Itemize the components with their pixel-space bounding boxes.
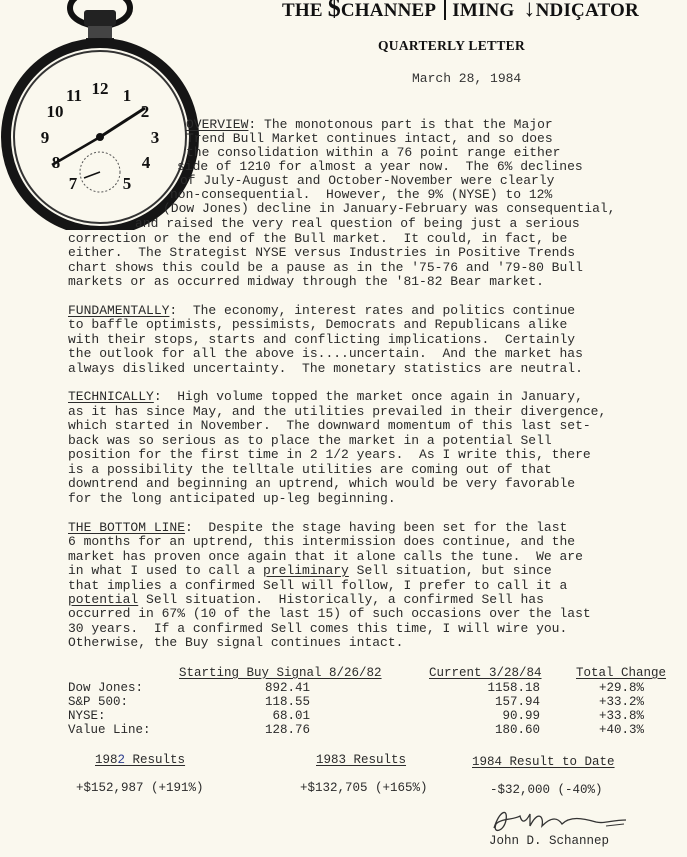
row-start: 128.76 [230,723,310,737]
fundamentally-heading: FUNDAMENTALLY [68,303,169,318]
masthead-word-indicator: NDIÇATOR [536,0,639,21]
row-name: Dow Jones: [68,681,143,695]
row-change: +33.8% [580,709,644,723]
overview-line: (Dow Jones) decline in January-February … [163,202,615,217]
technically-line: downtrend and beginning an uptrend, whic… [68,477,575,492]
emphasis-potential: potential [68,592,138,607]
svg-text:10: 10 [47,102,64,121]
bottom-line-heading: THE BOTTOM LINE [68,520,185,535]
signature-icon [486,806,636,836]
row-current: 157.94 [460,695,540,709]
masthead-word-schannep: CHANNEP [341,0,436,21]
letter-date: March 28, 1984 [412,71,521,86]
t-bar-glyph [444,0,446,20]
row-start: 118.55 [230,695,310,709]
results-1983-label: 1983 Results [316,753,406,767]
row-start: 68.01 [230,709,310,723]
svg-text:4: 4 [142,153,151,172]
row-change: +33.2% [580,695,644,709]
row-name: NYSE: [68,709,106,723]
masthead-prefix: THE [282,0,328,21]
results-1984-value: -$32,000 (-40%) [490,783,603,797]
svg-text:7: 7 [69,174,78,193]
masthead: THE $CHANNEPIMING ↓NDIÇATOR [282,0,639,23]
row-name: S&P 500: [68,695,128,709]
results-1983-value: +$132,705 (+165%) [300,781,428,795]
technically-line: TECHNICALLY: High volume topped the mark… [68,390,583,405]
row-change: +40.3% [580,723,644,737]
dollar-s-glyph: $ [328,0,341,22]
fundamentally-line: always disliked uncertainty. The monetar… [68,362,583,377]
row-start: 892.41 [230,681,310,695]
technically-line: which started in November. The downward … [68,419,591,434]
fundamentally-line: to baffle optimists, pessimists, Democra… [68,318,567,333]
svg-text:9: 9 [41,128,50,147]
fundamentally-line: the outlook for all the above is....unce… [68,347,583,362]
svg-text:1: 1 [123,86,132,105]
technically-line: position for the first time in 2 1/2 yea… [68,448,591,463]
overview-line: markets or as occurred midway through th… [68,275,544,290]
technically-heading: TECHNICALLY [68,389,154,404]
row-name: Value Line: [68,723,151,737]
svg-text:12: 12 [92,79,109,98]
handwritten-correction: 2 [118,753,126,767]
overview-line: either. The Strategist NYSE versus Indus… [68,246,575,261]
row-current: 1158.18 [460,681,540,695]
down-arrow-icon: ↓ [523,0,535,22]
bottom-line-line: Otherwise, the Buy signal continues inta… [68,636,403,651]
letter-subtitle: QUARTERLY LETTER [378,38,525,54]
row-current: 180.60 [460,723,540,737]
overview-line: and raised the very real question of bei… [135,217,580,232]
svg-text:3: 3 [151,128,160,147]
emphasis-preliminary: preliminary [263,563,349,578]
bottom-line-line: occurred in 67% (10 of the last 15) of s… [68,607,591,622]
svg-text:5: 5 [123,174,132,193]
results-1982-label: 1982 Results [95,753,185,767]
row-current: 90.99 [460,709,540,723]
masthead-word-timing: IMING [452,0,514,21]
technically-line: for the long anticipated up-leg beginnin… [68,492,396,507]
col-header-start: Starting Buy Signal 8/26/82 [179,666,382,680]
results-1982-value: +$152,987 (+191%) [76,781,204,795]
row-change: +29.8% [580,681,644,695]
bottom-line-line: 6 months for an uptrend, this intermissi… [68,535,575,550]
bottom-line-line: in what I used to call a preliminary Sel… [68,564,552,579]
col-header-change: Total Change [576,666,666,680]
signature-name: John D. Schannep [489,834,609,848]
svg-text:11: 11 [66,86,82,105]
overview-heading: OVERVIEW [186,117,248,132]
results-1984-label: 1984 Result to Date [472,755,615,769]
col-header-current: Current 3/28/84 [429,666,542,680]
